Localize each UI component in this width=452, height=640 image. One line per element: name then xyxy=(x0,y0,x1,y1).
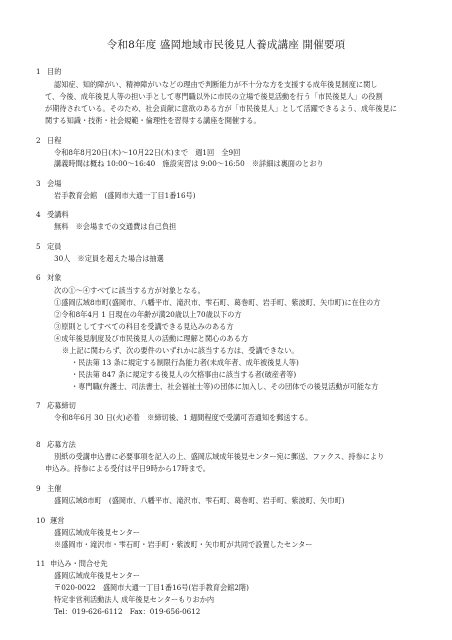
eligibility-line: ①盛岡広域8市町(盛岡市、八幡平市、滝沢市、雫石町、葛巻町、岩手町、紫波町、矢巾… xyxy=(54,298,380,308)
section-heading-capacity: 5定員 xyxy=(36,242,61,252)
venue-text: 岩手教育会館 (盛岡市大通一丁目1番16号) xyxy=(54,191,196,201)
eligibility-line: ④成年後見制度及び市民後見人の活動に理解と関心のある方 xyxy=(54,334,248,344)
section-title: 申込み・問合せ先 xyxy=(50,559,108,568)
contact-organization: 特定非営利活動法人 成年後見センターもりおか内 xyxy=(54,595,214,605)
section-number: 4 xyxy=(36,210,47,219)
eligibility-note: ※上記に関わらず、次の要件のいずれかに該当する方は、受講できない。 xyxy=(62,346,299,356)
schedule-times: 講義時間は概ね 10:00～16:40 施設実習は 9:00～16:50 ※詳細… xyxy=(54,159,324,169)
section-title: 目的 xyxy=(47,67,61,76)
schedule-dates: 令和8年8月20日(木)～10月22日(木)まで 週1回 全9回 xyxy=(54,148,240,158)
section-number: 8 xyxy=(36,440,47,449)
section-number: 5 xyxy=(36,242,47,251)
purpose-line: て、今後、成年後見人等の担い手として専門職以外に市民の立場で後見活動を行う「市民… xyxy=(45,92,383,102)
section-title: 会場 xyxy=(47,179,61,188)
section-heading-eligibility: 6対象 xyxy=(36,273,61,283)
contact-phone-fax: Tel：019-626-6112 Fax：019-656-0612 xyxy=(54,607,200,617)
exclusion-item: ・民法第 13 条に規定する制限行為能力者(未成年者、成年被後見人等) xyxy=(71,358,299,368)
section-heading-purpose: 1目的 xyxy=(36,67,61,77)
purpose-line: 関する知識・技術・社会規範・倫理性を習得する講座を開催する。 xyxy=(45,116,261,126)
section-title: 定員 xyxy=(47,242,61,251)
section-title: 応募方法 xyxy=(47,440,76,449)
fee-text: 無料 ※会場までの交通費は自己負担 xyxy=(54,222,176,232)
purpose-line: が期待されている。そのため、社会貢献に意欲のある方が「市民後見人」として活躍でき… xyxy=(45,104,397,114)
section-heading-schedule: 2日程 xyxy=(36,136,61,146)
section-heading-deadline: 7応募締切 xyxy=(36,401,76,411)
section-number: 7 xyxy=(36,401,47,410)
exclusion-item: ・専門職(弁護士、司法書士、社会福祉士等)の団体に加入し、その団体での後見活動が… xyxy=(71,382,379,392)
section-number: 9 xyxy=(36,484,47,493)
section-title: 対象 xyxy=(47,273,61,282)
operator-note: ※盛岡市・滝沢市・雫石町・岩手町・紫波町・矢巾町が共同で設置したセンター xyxy=(54,540,312,550)
section-title: 運営 xyxy=(50,516,64,525)
organizer-text: 盛岡広域8市町 (盛岡市、八幡平市、滝沢市、雫石町、葛巻町、岩手町、紫波町、矢巾… xyxy=(54,496,345,506)
eligibility-line: 次の①～④すべてに該当する方が対象となる。 xyxy=(54,286,205,296)
operator-name: 盛岡広域成年後見センター xyxy=(54,528,140,538)
section-title: 応募締切 xyxy=(47,401,76,410)
section-number: 2 xyxy=(36,136,47,145)
application-method-line: 申込み。持参による受付は平日9時から17時まで。 xyxy=(45,464,210,474)
purpose-line: 認知症、知的障がい、精神障がいなどの理由で判断能力が不十分な方を支援する成年後見… xyxy=(54,80,377,90)
section-number: 1 xyxy=(36,67,47,76)
eligibility-line: ③原則としてすべての科目を受講できる見込みのある方 xyxy=(54,322,234,332)
section-heading-operator: 10運営 xyxy=(36,516,64,526)
section-heading-application-method: 8応募方法 xyxy=(36,440,76,450)
section-heading-venue: 3会場 xyxy=(36,179,61,189)
section-title: 受講料 xyxy=(47,210,69,219)
section-number: 11 xyxy=(36,559,50,568)
exclusion-item: ・民法第 847 条に規定する後見人の欠格事由に該当する者(破産者等) xyxy=(71,370,296,380)
contact-address: 〒020-0022 盛岡市大通一丁目1番16号(岩手教育会館2階) xyxy=(54,583,249,593)
contact-name: 盛岡広域成年後見センター xyxy=(54,571,140,581)
section-number: 10 xyxy=(36,516,50,525)
page-title: 令和8年度 盛岡地域市民後見人養成講座 開催要項 xyxy=(0,37,452,52)
section-title: 日程 xyxy=(47,136,61,145)
document-page: 令和8年度 盛岡地域市民後見人養成講座 開催要項 1目的 認知症、知的障がい、精… xyxy=(0,0,452,640)
application-method-line: 別紙の受講申込書に必要事項を記入の上、盛岡広域成年後見センター宛に郵送、ファクス… xyxy=(54,452,384,462)
section-heading-fee: 4受講料 xyxy=(36,210,69,220)
section-heading-contact: 11申込み・問合せ先 xyxy=(36,559,108,569)
section-number: 6 xyxy=(36,273,47,282)
eligibility-line: ②令和8年4月 1 日現在の年齢が満20歳以上70歳以下の方 xyxy=(54,310,242,320)
section-title: 主催 xyxy=(47,484,61,493)
deadline-text: 令和8年6月 30 日(火)必着 ※締切後、1 週間程度で受講可否通知を郵送する… xyxy=(54,413,312,423)
capacity-text: 30人 ※定員を超えた場合は抽選 xyxy=(54,254,164,264)
section-number: 3 xyxy=(36,179,47,188)
section-heading-organizer: 9主催 xyxy=(36,484,61,494)
